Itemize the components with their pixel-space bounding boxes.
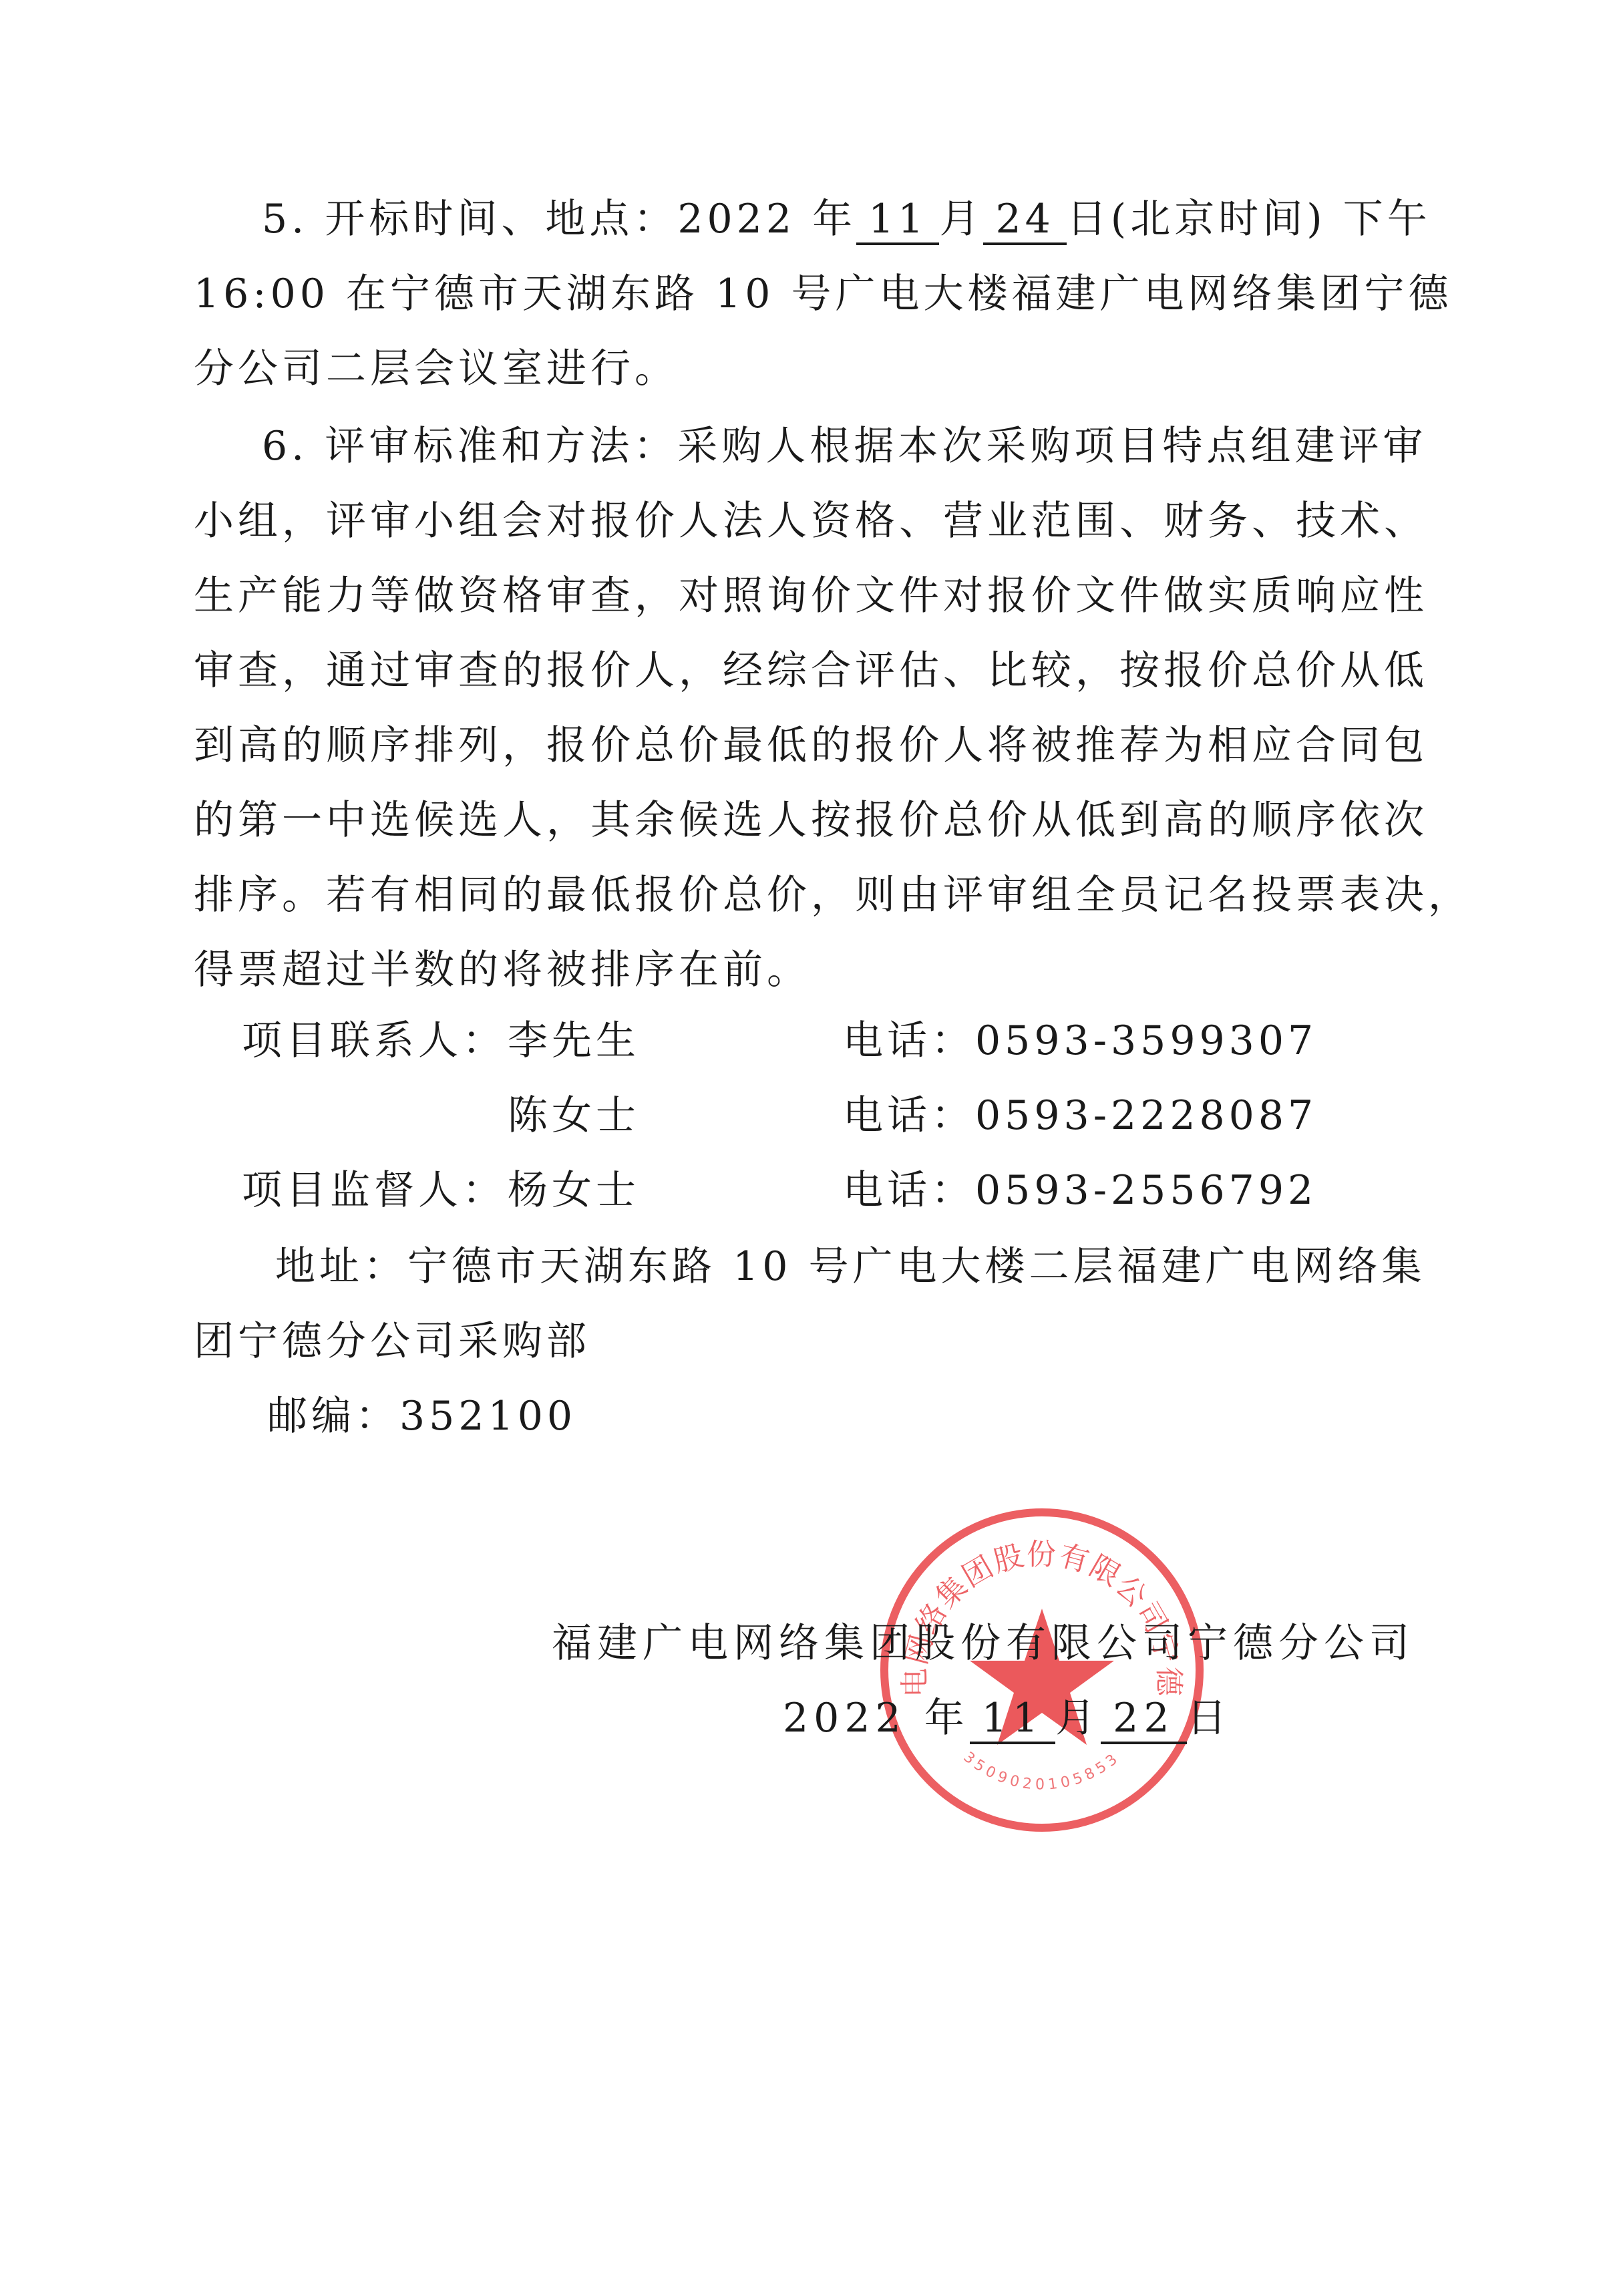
phone-number: 0593-3599307 [975,1017,1317,1064]
phone-label: 电话： [843,1017,975,1064]
date-year: 2022 年 [783,1695,970,1742]
section6-line: 6. 评审标准和方法：采购人根据本次采购项目特点组建评审 [262,420,1427,473]
document-page: 5. 开标时间、地点：2022 年11月24日(北京时间) 下午 16:00 在… [0,0,1609,2296]
section5-line1: 5. 开标时间、地点：2022 年11月24日(北京时间) 下午 [262,192,1431,246]
section6-line: 到高的顺序排列，报价总价最低的报价人将被推荐为相应合同包 [194,719,1428,772]
underlined-day: 22 [1101,1695,1186,1744]
section6-line: 小组，评审小组会对报价人法人资格、营业范围、财务、技术、 [194,494,1428,548]
address-line1: 地址：宁德市天湖东路 10 号广电大楼二层福建广电网络集 [275,1240,1426,1293]
section6-line: 得票超过半数的将被排序在前。 [194,943,811,997]
text: 月 [1055,1695,1101,1742]
address-line2: 团宁德分公司采购部 [194,1315,590,1368]
text: 月 [939,196,983,242]
section5-line3: 分公司二层会议室进行。 [194,342,679,395]
text: 日 [1187,1695,1232,1742]
phone-label: 电话： [843,1092,975,1139]
underlined-month: 11 [970,1695,1055,1744]
supervisor-role: 项目监督人： [242,1164,506,1217]
contact-phone-row: 电话：0593-3599307 [843,1014,1317,1068]
phone-label: 电话： [843,1167,975,1214]
contact-name: 李先生 [508,1014,640,1068]
underlined-month: 11 [856,196,939,245]
supervisor-name: 杨女士 [508,1164,640,1217]
supervisor-phone-row: 电话：0593-2556792 [843,1164,1317,1217]
seal-star-icon: 福建广电网络集团股份有限公司宁德分公司 3509020105853 [880,1508,1204,1832]
phone-number: 0593-2228087 [975,1092,1317,1139]
section6-line: 的第一中选候选人，其余候选人按报价总价从低到高的顺序依次 [194,794,1428,847]
company-seal-stamp: 福建广电网络集团股份有限公司宁德分公司 3509020105853 [880,1508,1204,1832]
postcode: 邮编：352100 [267,1389,576,1443]
text: 5. 开标时间、地点：2022 年 [262,196,856,242]
signature-date: 2022 年11月22日 [783,1691,1232,1745]
section6-line: 审查，通过审查的报价人，经综合评估、比较，按报价总价从低 [194,644,1428,697]
section6-line: 排序。若有相同的最低报价总价，则由评审组全员记名投票表决， [194,868,1472,922]
section5-line2: 16:00 在宁德市天湖东路 10 号广电大楼福建广电网络集团宁德 [194,267,1452,321]
contact-name: 陈女士 [508,1089,640,1142]
contact-role: 项目联系人： [242,1014,506,1068]
section6-line: 生产能力等做资格审查，对照询价文件对报价文件做实质响应性 [194,569,1428,623]
underlined-day: 24 [983,196,1066,245]
phone-number: 0593-2556792 [975,1167,1317,1214]
text: 日(北京时间) 下午 [1067,196,1431,242]
svg-text:3509020105853: 3509020105853 [960,1749,1124,1794]
contact-phone-row: 电话：0593-2228087 [843,1089,1317,1142]
signature-company: 福建广电网络集团股份有限公司宁德分公司 [552,1617,1415,1670]
